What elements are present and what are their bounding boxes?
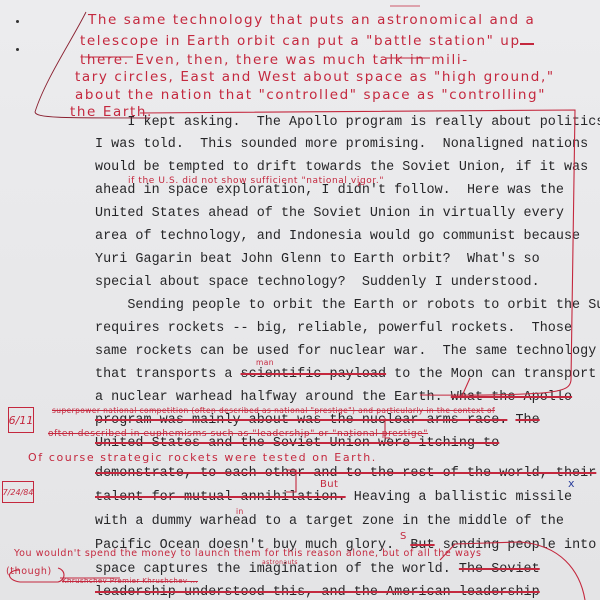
typed-line: with a dummy warhead to a target zone in… [95, 514, 564, 529]
handwritten-insert-line: tary circles, East and West about space … [75, 69, 555, 85]
handwritten-insert: Of course strategic rockets were tested … [28, 451, 377, 464]
struck-handwritten-insert: Khrushchev Premier Khrushchev ... [62, 577, 198, 585]
typed-line: program was mainly about was the nuclear… [95, 413, 540, 428]
typed-line: Yuri Gagarin beat John Glenn to Earth or… [95, 252, 540, 267]
typed-line: special about space technology? Suddenly… [95, 275, 540, 290]
typed-line: Sending people to orbit the Earth or rob… [95, 298, 600, 313]
handwritten-insert-line: telescope in Earth orbit can put a "batt… [80, 33, 521, 49]
handwritten-insert: man [256, 358, 274, 367]
handwritten-insert: But [320, 479, 338, 490]
handwritten-insert-line: The same technology that puts an astrono… [88, 12, 535, 28]
typed-line: area of technology, and Indonesia would … [95, 229, 580, 244]
typed-line: I kept asking. The Apollo program is rea… [95, 115, 600, 130]
typed-line: requires rockets -- big, reliable, power… [95, 321, 572, 336]
typed-line: a nuclear warhead halfway around the Ear… [95, 390, 572, 405]
margin-initials-stamp: 7/24/84 [2, 481, 34, 503]
typed-line: would be tempted to drift towards the So… [95, 160, 588, 175]
typed-line: space captures the imagination of the wo… [95, 562, 540, 577]
handwritten-insert: You wouldn't spend the money to launch t… [14, 548, 482, 559]
punch-dot [16, 48, 19, 51]
handwritten-insert: (though) [6, 566, 52, 577]
typed-line: talent for mutual annihilation. Heaving … [95, 490, 572, 505]
typed-line: United States ahead of the Soviet Union … [95, 206, 564, 221]
typed-line: ahead in space exploration, I didn't fol… [95, 183, 564, 198]
punch-dot [16, 20, 19, 23]
typed-line: that transports a scientific payload to … [95, 367, 596, 382]
typed-line: I was told. This sounded more promising.… [95, 137, 588, 152]
typed-line: demonstrate, to each other and to the re… [95, 466, 596, 481]
blue-margin-mark: x [568, 477, 575, 490]
typed-line: leadership understood this, and the Amer… [95, 585, 540, 600]
handwritten-insert-line: about the nation that "controlled" space… [75, 87, 546, 103]
handwritten-insert-line: there. Even, then, there was much talk i… [80, 52, 469, 68]
manuscript-page: The same technology that puts an astrono… [0, 0, 600, 600]
typed-line: same rockets can be used for nuclear war… [95, 344, 596, 359]
typed-line: United States and the Soviet Union were … [95, 436, 499, 451]
margin-initials-stamp: 6/11 [8, 407, 34, 433]
